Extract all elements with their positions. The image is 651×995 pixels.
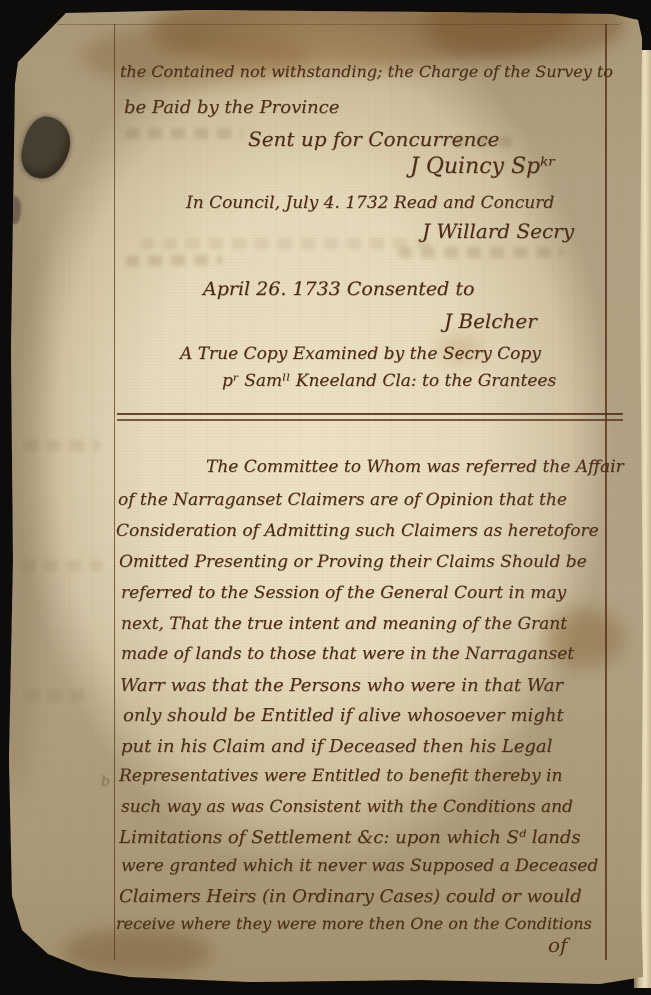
photo-background: the Contained not withstanding; the Char… [0,0,651,995]
page-vignette [0,0,651,995]
manuscript-page: the Contained not withstanding; the Char… [0,0,651,995]
